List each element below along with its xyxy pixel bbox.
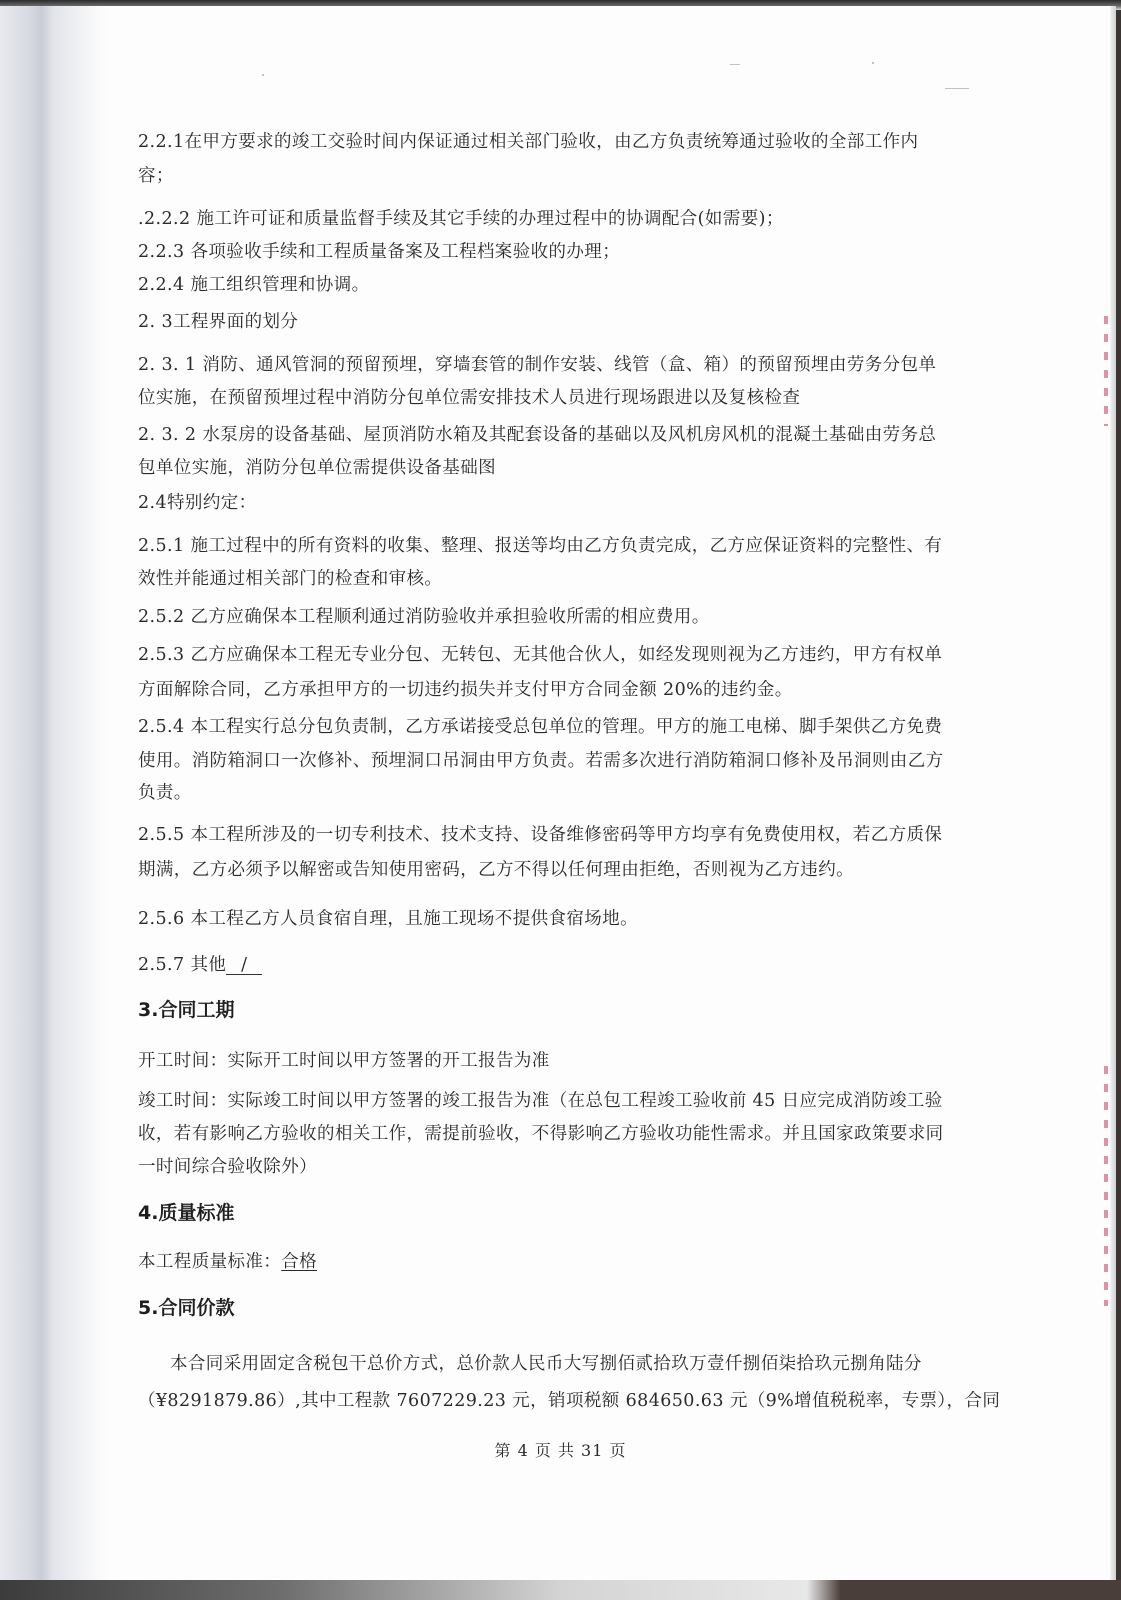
clause-2-3-2: 2. 3. 2 水泵房的设备基础、屋顶消防水箱及其配套设备的基础以及风机房风机的…: [138, 424, 936, 446]
scan-speck: [872, 62, 874, 64]
completion-time-line-continued: 一时间综合验收除外）: [138, 1156, 317, 1178]
clause-text: 本工程乙方人员食宿自理，且施工现场不提供食宿场地。: [191, 909, 639, 929]
clause-number: 2.5.7: [138, 955, 185, 975]
start-time-line: 开工时间：实际开工时间以甲方签署的开工报告为准: [138, 1050, 550, 1072]
clause-text: 水泵房的设备基础、屋顶消防水箱及其配套设备的基础以及风机房风机的混凝土基础由劳务…: [202, 425, 936, 445]
clause-text: 施工过程中的所有资料的收集、整理、报送等均由乙方负责完成，乙方应保证资料的完整性…: [191, 536, 943, 556]
clause-text: 本工程所涉及的一切专利技术、技术支持、设备维修密码等甲方均享有免费使用权，若乙方…: [191, 825, 943, 845]
clause-label: 其他: [185, 955, 227, 975]
clause-2-2-4: 2.2.4 施工组织管理和协调。: [138, 274, 370, 296]
clause-number: 2.2.1: [138, 132, 185, 152]
page-right-edge: [1110, 6, 1116, 1584]
clause-number: 2.5.6: [138, 909, 185, 929]
clause-2-5-7: 2.5.7 其他/: [138, 954, 262, 976]
section-5-heading: 5.合同价款: [138, 1296, 234, 1320]
document-page: 2.2.1在甲方要求的竣工交验时间内保证通过相关部门验收，由乙方负责统筹通过验收…: [0, 6, 1116, 1584]
clause-2-3-2-continued: 包单位实施，消防分包单位需提供设备基础图: [138, 457, 496, 479]
contract-price-paragraph: 本合同采用固定含税包干总价方式，总价款人民币大写捌佰贰拾玖万壹仟捌佰柒拾玖元捌角…: [170, 1353, 922, 1375]
clause-number: 2.2.3: [138, 242, 185, 262]
clause-number: 2.5.5: [138, 825, 185, 845]
clause-text: 施工许可证和质量监督手续及其它手续的办理过程中的协调配合(如需要)；: [191, 209, 784, 229]
clause-number: 2.5.2: [138, 607, 185, 627]
clause-text: 施工组织管理和协调。: [185, 275, 370, 295]
scan-speck: [945, 88, 969, 89]
red-stamp-edge-mark: [1104, 1066, 1108, 1306]
clause-number: .2.2.2: [138, 209, 191, 229]
contract-price-paragraph-continued: （¥8291879.86）,其中工程款 7607229.23 元，销项税额 68…: [138, 1390, 1000, 1412]
clause-2-5-3-continued: 方面解除合同，乙方承担甲方的一切违约损失并支付甲方合同金额 20%的违约金。: [138, 679, 793, 701]
quality-standard-value: 合格: [281, 1252, 317, 1272]
red-stamp-edge-mark: [1104, 316, 1108, 426]
clause-text: 各项验收手续和工程质量备案及工程档案验收的办理；: [185, 242, 621, 262]
clause-text: 本工程实行总分包负责制，乙方承诺接受总包单位的管理。甲方的施工电梯、脚手架供乙方…: [191, 717, 943, 737]
scan-speck: [262, 74, 264, 76]
clause-number: 2.2.4: [138, 275, 185, 295]
clause-2-5-5-continued: 期满，乙方必须予以解密或告知使用密码，乙方不得以任何理由拒绝，否则视为乙方违约。: [138, 859, 854, 881]
fill-in-blank: /: [226, 956, 262, 975]
completion-time-line-continued: 收，若有影响乙方验收的相关工作，需提前验收，不得影响乙方验收功能性需求。并且国家…: [138, 1123, 944, 1145]
clause-text: 乙方应确保本工程无专业分包、无转包、无其他合伙人，如经发现则视为乙方违约，甲方有…: [191, 645, 943, 665]
page-footer: 第 4 页 共 31 页: [0, 1438, 1121, 1461]
clause-text: 乙方应确保本工程顺利通过消防验收并承担验收所需的相应费用。: [191, 607, 710, 627]
clause-2-2-1: 2.2.1在甲方要求的竣工交验时间内保证通过相关部门验收，由乙方负责统筹通过验收…: [138, 131, 918, 153]
clause-2-5-1: 2.5.1 施工过程中的所有资料的收集、整理、报送等均由乙方负责完成，乙方应保证…: [138, 535, 942, 557]
clause-number: 2.5.1: [138, 536, 185, 556]
clause-2-5-4-continued: 使用。消防箱洞口一次修补、预埋洞口吊洞由甲方负责。若需多次进行消防箱洞口修补及吊…: [138, 750, 944, 772]
clause-2-5-2: 2.5.2 乙方应确保本工程顺利通过消防验收并承担验收所需的相应费用。: [138, 606, 710, 628]
clause-2-3-1-continued: 位实施，在预留预埋过程中消防分包单位需安排技术人员进行现场跟进以及复核检查: [138, 387, 800, 409]
completion-time-line: 竣工时间：实际竣工时间以甲方签署的竣工报告为准（在总包工程竣工验收前 45 日应…: [138, 1090, 943, 1112]
section-2-4-title: 2.4特别约定：: [138, 492, 257, 514]
clause-number: 2.5.4: [138, 717, 185, 737]
clause-number: 2. 3. 2: [138, 425, 196, 445]
clause-2-2-1-continued: 容；: [138, 165, 174, 187]
clause-2-2-2: .2.2.2 施工许可证和质量监督手续及其它手续的办理过程中的协调配合(如需要)…: [138, 208, 784, 230]
clause-2-3-1: 2. 3. 1 消防、通风管洞的预留预埋，穿墙套管的制作安装、线管（盒、箱）的预…: [138, 354, 936, 376]
clause-2-2-3: 2.2.3 各项验收手续和工程质量备案及工程档案验收的办理；: [138, 241, 620, 263]
clause-2-5-6: 2.5.6 本工程乙方人员食宿自理，且施工现场不提供食宿场地。: [138, 908, 638, 930]
scan-speck: [730, 64, 740, 65]
clause-2-5-4: 2.5.4 本工程实行总分包负责制，乙方承诺接受总包单位的管理。甲方的施工电梯、…: [138, 716, 942, 738]
binding-shadow: [0, 6, 110, 1584]
section-2-3-title: 2. 3工程界面的划分: [138, 311, 298, 333]
scan-bottom-edge: [0, 1580, 1121, 1600]
clause-2-5-1-continued: 效性并能通过相关部门的检查和审核。: [138, 568, 442, 590]
clause-text: 消防、通风管洞的预留预埋，穿墙套管的制作安装、线管（盒、箱）的预留预埋由劳务分包…: [202, 355, 936, 375]
section-4-heading: 4.质量标准: [138, 1201, 234, 1225]
section-3-heading: 3.合同工期: [138, 998, 234, 1022]
clause-number: 2.5.3: [138, 645, 185, 665]
clause-text: 在甲方要求的竣工交验时间内保证通过相关部门验收，由乙方负责统筹通过验收的全部工作…: [185, 132, 919, 152]
clause-2-5-4-continued: 负责。: [138, 782, 192, 804]
clause-number: 2. 3. 1: [138, 355, 196, 375]
quality-standard-label: 本工程质量标准：: [138, 1252, 281, 1272]
quality-standard-line: 本工程质量标准：合格: [138, 1251, 317, 1273]
clause-2-5-3: 2.5.3 乙方应确保本工程无专业分包、无转包、无其他合伙人，如经发现则视为乙方…: [138, 644, 942, 666]
clause-2-5-5: 2.5.5 本工程所涉及的一切专利技术、技术支持、设备维修密码等甲方均享有免费使…: [138, 824, 942, 846]
